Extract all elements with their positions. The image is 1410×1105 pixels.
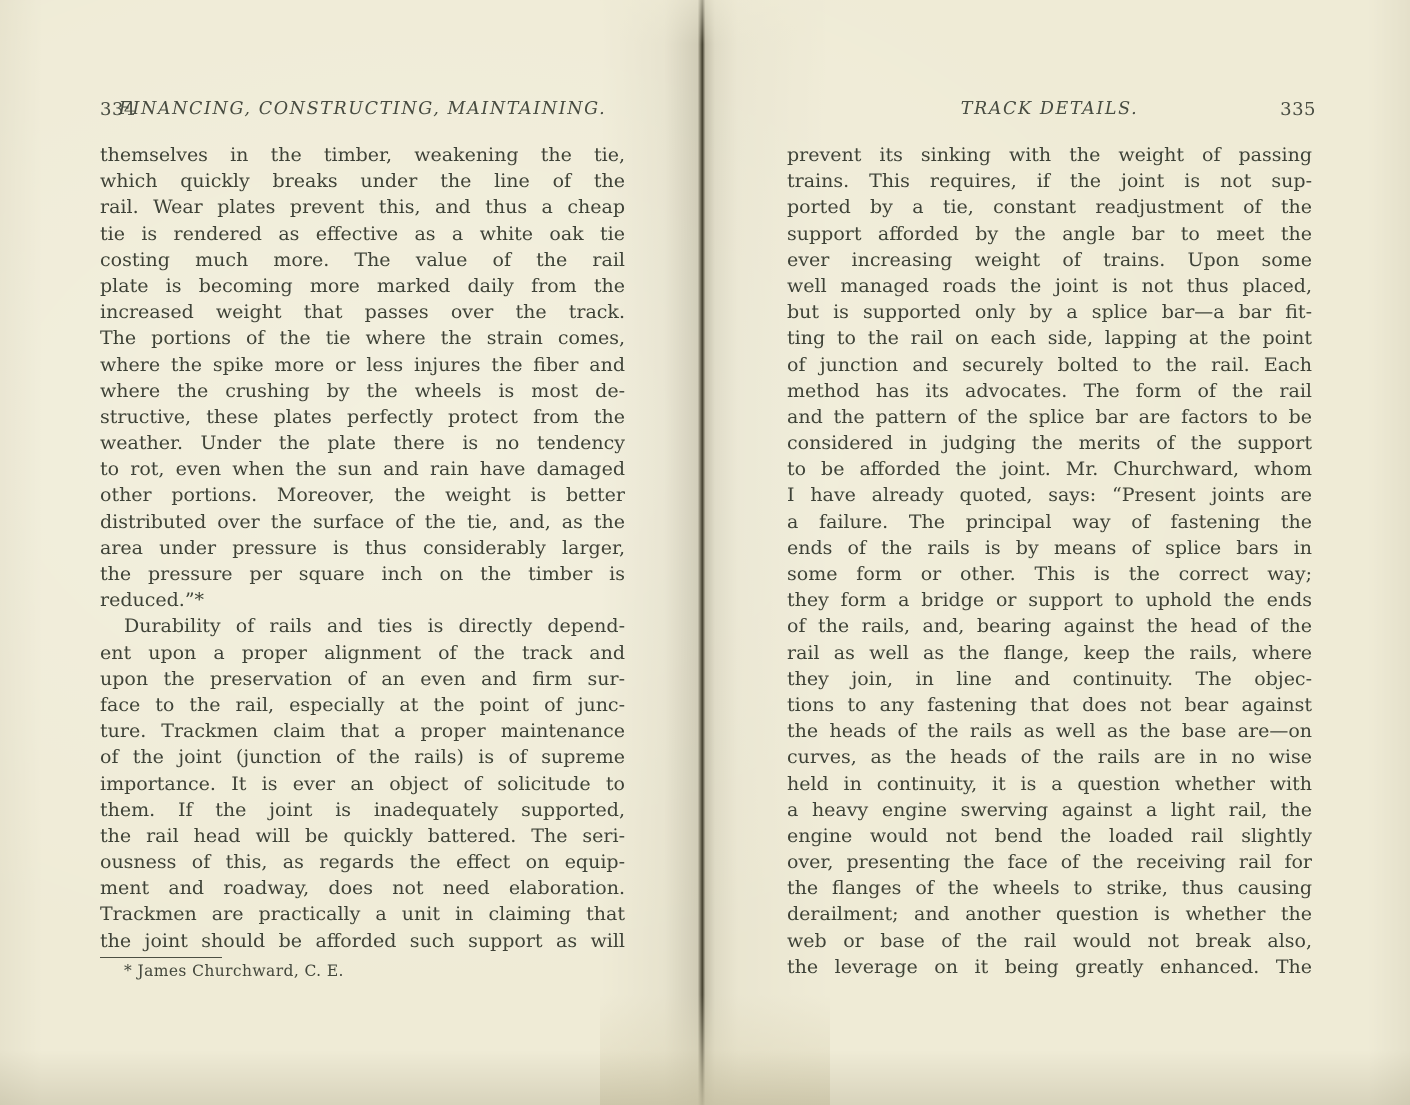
- text-line: them. If the joint is inadequately suppo…: [100, 797, 625, 823]
- text-line: the joint should be afforded such suppor…: [100, 928, 625, 954]
- text-line: prevent its sinking with the weight of p…: [787, 142, 1312, 168]
- text-line: other portions. Moreover, the weight is …: [100, 482, 625, 508]
- text-line: derailment; and another question is whet…: [787, 901, 1312, 927]
- text-line: to rot, even when the sun and rain have …: [100, 456, 625, 482]
- text-line: held in continuity, it is a question whe…: [787, 771, 1312, 797]
- right-page-number: 335: [1280, 99, 1316, 120]
- text-line: plate is becoming more marked daily from…: [100, 273, 625, 299]
- text-line: of junction and securely bolted to the r…: [787, 352, 1312, 378]
- book-spread: 334 FINANCING, CONSTRUCTING, MAINTAINING…: [0, 0, 1410, 1105]
- text-line: rail as well as the flange, keep the rai…: [787, 640, 1312, 666]
- text-line: Trackmen are practically a unit in claim…: [100, 901, 625, 927]
- text-line: area under pressure is thus considerably…: [100, 535, 625, 561]
- right-page-body-text: prevent its sinking with the weight of p…: [787, 142, 1312, 980]
- text-line: considered in judging the merits of the …: [787, 430, 1312, 456]
- text-line: the pressure per square inch on the timb…: [100, 561, 625, 587]
- footnote-rule: [100, 957, 222, 958]
- text-line: but is supported only by a splice bar—a …: [787, 299, 1312, 325]
- text-line: a heavy engine swerving against a light …: [787, 797, 1312, 823]
- right-page: TRACK DETAILS. 335 prevent its sinking w…: [787, 96, 1312, 980]
- text-line: ting to the rail on each side, lapping a…: [787, 325, 1312, 351]
- text-line: ends of the rails is by means of splice …: [787, 535, 1312, 561]
- text-line: where the spike more or less injures the…: [100, 352, 625, 378]
- text-line: a failure. The principal way of fastenin…: [787, 509, 1312, 535]
- text-line: ment and roadway, does not need elaborat…: [100, 875, 625, 901]
- left-page-footnote: * James Churchward, C. E.: [100, 957, 625, 980]
- text-line: importance. It is ever an object of soli…: [100, 771, 625, 797]
- text-line: method has its advocates. The form of th…: [787, 378, 1312, 404]
- text-line: they form a bridge or support to uphold …: [787, 587, 1312, 613]
- text-line: ousness of this, as regards the effect o…: [100, 849, 625, 875]
- text-line: some form or other. This is the correct …: [787, 561, 1312, 587]
- text-line: the leverage on it being greatly enhance…: [787, 954, 1312, 980]
- text-line: ent upon a proper alignment of the track…: [100, 640, 625, 666]
- text-line: reduced.”*: [100, 587, 625, 613]
- text-line: which quickly breaks under the line of t…: [100, 168, 625, 194]
- left-running-title: FINANCING, CONSTRUCTING, MAINTAINING.: [100, 99, 625, 119]
- text-line: trains. This requires, if the joint is n…: [787, 168, 1312, 194]
- text-line: I have already quoted, says: “Present jo…: [787, 482, 1312, 508]
- text-line: structive, these plates perfectly protec…: [100, 404, 625, 430]
- text-line: ever increasing weight of trains. Upon s…: [787, 247, 1312, 273]
- text-line: to be afforded the joint. Mr. Churchward…: [787, 456, 1312, 482]
- text-line: support afforded by the angle bar to mee…: [787, 221, 1312, 247]
- text-line: engine would not bend the loaded rail sl…: [787, 823, 1312, 849]
- text-line: ported by a tie, constant readjustment o…: [787, 194, 1312, 220]
- text-line: web or base of the rail would not break …: [787, 928, 1312, 954]
- text-line: rail. Wear plates prevent this, and thus…: [100, 194, 625, 220]
- text-line: themselves in the timber, weakening the …: [100, 142, 625, 168]
- right-running-title: TRACK DETAILS.: [787, 99, 1312, 119]
- text-line: Durability of rails and ties is directly…: [100, 613, 625, 639]
- text-line: tie is rendered as effective as a white …: [100, 221, 625, 247]
- left-page-header: 334 FINANCING, CONSTRUCTING, MAINTAINING…: [100, 96, 625, 126]
- text-line: upon the preservation of an even and fir…: [100, 666, 625, 692]
- text-line: ture. Trackmen claim that a proper maint…: [100, 718, 625, 744]
- text-line: curves, as the heads of the rails are in…: [787, 744, 1312, 770]
- text-line: The portions of the tie where the strain…: [100, 325, 625, 351]
- text-line: well managed roads the joint is not thus…: [787, 273, 1312, 299]
- text-line: they join, in line and continuity. The o…: [787, 666, 1312, 692]
- footnote-text: * James Churchward, C. E.: [100, 962, 625, 980]
- page-bottom-shadow: [0, 1050, 1410, 1105]
- text-line: distributed over the surface of the tie,…: [100, 509, 625, 535]
- text-line: and the pattern of the splice bar are fa…: [787, 404, 1312, 430]
- text-line: where the crushing by the wheels is most…: [100, 378, 625, 404]
- text-line: face to the rail, especially at the poin…: [100, 692, 625, 718]
- text-line: costing much more. The value of the rail: [100, 247, 625, 273]
- text-line: increased weight that passes over the tr…: [100, 299, 625, 325]
- right-page-header: TRACK DETAILS. 335: [787, 96, 1312, 126]
- left-page: 334 FINANCING, CONSTRUCTING, MAINTAINING…: [100, 96, 625, 980]
- text-line: tions to any fastening that does not bea…: [787, 692, 1312, 718]
- text-line: of the joint (junction of the rails) is …: [100, 744, 625, 770]
- text-line: the rail head will be quickly battered. …: [100, 823, 625, 849]
- text-line: over, presenting the face of the receivi…: [787, 849, 1312, 875]
- text-line: the flanges of the wheels to strike, thu…: [787, 875, 1312, 901]
- left-page-body-text: themselves in the timber, weakening the …: [100, 142, 625, 954]
- text-line: the heads of the rails as well as the ba…: [787, 718, 1312, 744]
- text-line: weather. Under the plate there is no ten…: [100, 430, 625, 456]
- text-line: of the rails, and, bearing against the h…: [787, 613, 1312, 639]
